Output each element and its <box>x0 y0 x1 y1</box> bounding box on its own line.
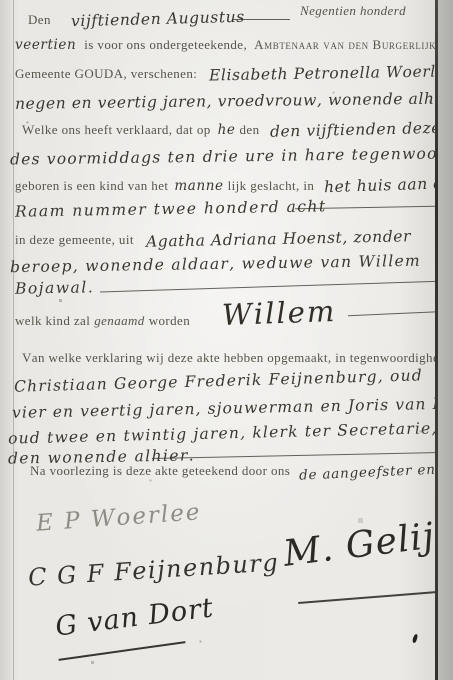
signature-vandort-underline <box>58 641 185 661</box>
flourish-line <box>100 281 448 293</box>
flourish-line <box>232 19 290 20</box>
handwritten-declarant-name: Elisabeth Petronella Woerlee oud <box>209 62 453 85</box>
declarant-details-line: negen en veertig jaren, vroedvrouw, wone… <box>15 92 453 111</box>
father-name-line: Bojawal. <box>15 279 94 298</box>
witness2-details-line: oud twee en twintig jaren, klerk ter Sec… <box>8 424 453 443</box>
ink-blot <box>412 634 418 644</box>
handwritten-child-name: Willem <box>221 294 336 332</box>
mother-line: in deze gemeente, uit Agatha Adriana Hoe… <box>15 230 411 249</box>
year-printed: Negentien honderd <box>300 2 406 20</box>
printed-text: is voor ons ondergeteekende, <box>84 37 247 52</box>
printed-text: in deze gemeente, uit <box>15 232 134 247</box>
handwritten-text: Bojawal. <box>15 278 94 297</box>
declaration-line: Welke ons heeft verklaard, dat op he den… <box>22 120 453 139</box>
house-number-line: Raam nummer twee honderd acht <box>15 200 327 219</box>
handwritten-sex: manne <box>174 178 223 194</box>
handwritten-insert: he <box>218 122 236 138</box>
handwritten-text: vier en veertig jaren, sjouwerman en Jor… <box>12 394 453 422</box>
scanned-birth-certificate: Den vijftienden Augustus Negentien honde… <box>0 0 453 680</box>
printed-text: Na voorlezing is deze akte geteekend doo… <box>30 463 290 478</box>
witness1-line: Christiaan George Frederik Feijnenburg, … <box>14 372 423 391</box>
handwritten-mother-name: Agatha Adriana Hoenst, zonder <box>146 227 411 251</box>
printed-text: Gemeente GOUDA, verschenen: <box>15 66 197 81</box>
witness2-line: vier en veertig jaren, sjouwerman en Jor… <box>12 399 453 418</box>
child-name-handwritten: Willem <box>222 296 336 330</box>
printed-text: worden <box>149 313 190 328</box>
flourish-line <box>152 452 440 459</box>
mother-details-line: beroep, wonende aldaar, weduwe van Wille… <box>10 255 421 274</box>
handwritten-text: beroep, wonende aldaar, weduwe van Wille… <box>10 252 421 276</box>
child-sex-line: geboren is een kind van het manne lijk g… <box>15 176 453 195</box>
signature-gelijns-underline <box>298 590 450 604</box>
printed-italic: genaamd <box>94 313 144 328</box>
printed-text: geboren is een kind van het <box>15 178 168 193</box>
handwritten-year: veertien <box>15 37 76 53</box>
printed-text: Van welke verklaring wij deze akte hebbe… <box>22 350 453 365</box>
handwritten-text: des voormiddags ten drie ure in hare teg… <box>10 143 453 168</box>
handwritten-witness1-name: Christiaan George Frederik Feijnenburg, … <box>14 366 423 395</box>
signature-feijnenburg: C G F Feijnenburg <box>27 548 280 591</box>
paper-speckles <box>0 0 1 1</box>
printed-text: welk kind zal <box>15 313 90 328</box>
printed-text: den <box>240 122 260 137</box>
handwritten-text: oud twee en twintig jaren, klerk ter Sec… <box>8 418 453 447</box>
signature-woerlee: E P Woerlee <box>35 499 202 536</box>
printed-text: Negentien honderd <box>300 3 406 18</box>
closing-line: Na voorlezing is deze akte geteekend doo… <box>30 462 453 480</box>
printed-text: Den <box>28 12 51 27</box>
signature-vandort: G van Dort <box>54 592 216 642</box>
handwritten-birthdate: den vijftienden dezer maand <box>269 117 453 140</box>
handwritten-text: negen en veertig jaren, vroedvrouw, wone… <box>15 89 453 113</box>
page-edge-shadow <box>438 0 453 680</box>
signature-gelijns: M. Gelijns <box>281 510 453 575</box>
handwritten-signatories: de aangeefster en de getuig <box>299 458 453 483</box>
witnesses-intro-line: Van welke verklaring wij deze akte hebbe… <box>22 349 453 367</box>
appeared-line: Gemeente GOUDA, verschenen: Elisabeth Pe… <box>15 64 453 83</box>
child-name-label: welk kind zal genaamd worden <box>15 312 190 330</box>
printed-text: Welke ons heeft verklaard, dat op <box>22 122 211 137</box>
birth-time-line: des voormiddags ten drie ure in hare teg… <box>10 147 453 166</box>
handwritten-text: Raam nummer twee honderd acht <box>15 197 327 220</box>
registrar-line: veertien is voor ons ondergeteekende, Am… <box>15 36 453 54</box>
date-line: Den vijftienden Augustus <box>28 10 245 29</box>
handwritten-date: vijftienden Augustus <box>71 8 245 31</box>
handwritten-address: het huis aan den <box>324 174 453 196</box>
left-margin-rule <box>13 0 14 680</box>
printed-smallcaps: Ambtenaar van den Burgerlijken Stand <box>254 37 453 52</box>
printed-text: lijk geslacht, in <box>228 178 315 193</box>
